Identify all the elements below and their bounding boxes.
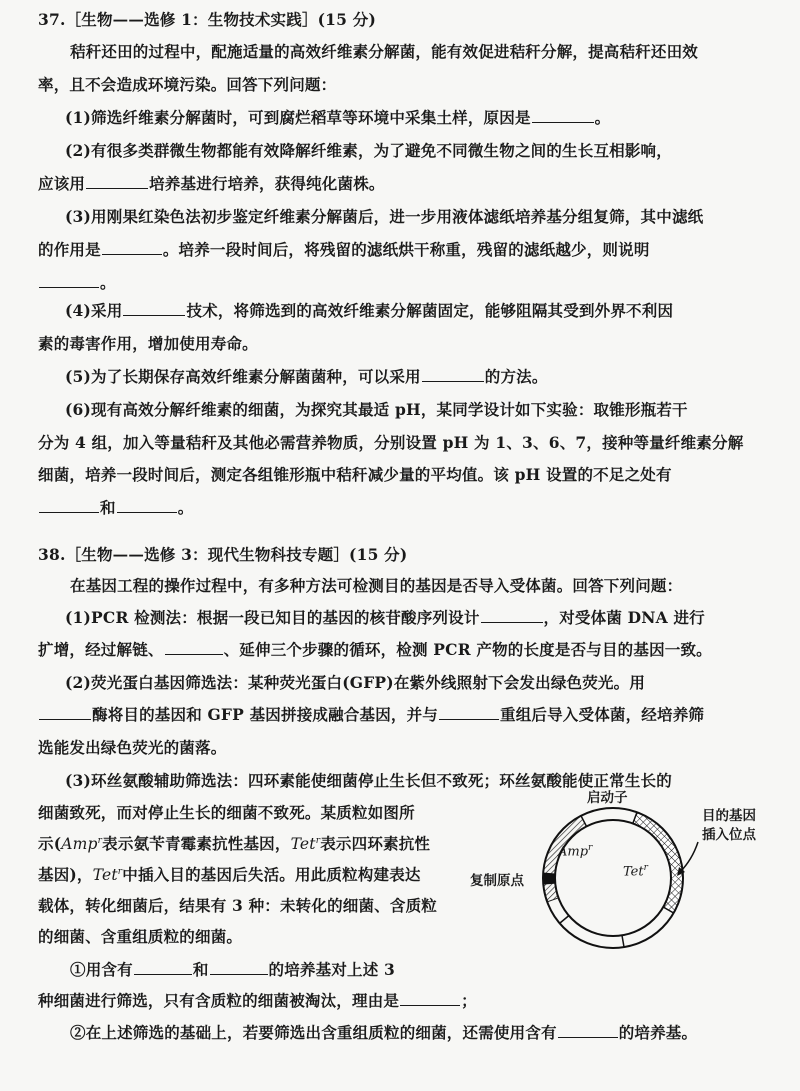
answer-blank[interactable] bbox=[165, 640, 223, 655]
q37-part1-end: 。 bbox=[595, 108, 611, 127]
answer-blank[interactable] bbox=[39, 498, 99, 513]
amp-text: Amp bbox=[558, 844, 588, 859]
text: 示( bbox=[38, 834, 61, 853]
q38-intro: 在基因工程的操作过程中，有多种方法可检测目的基因是否导入受体菌。回答下列问题： bbox=[70, 574, 682, 596]
answer-blank[interactable] bbox=[532, 108, 594, 123]
q38-part1-text-d: 、延伸三个步骤的循环，检测 PCR 产物的长度是否与目的基因一致。 bbox=[224, 640, 712, 659]
text: 表示氨苄青霉素抗性基因， bbox=[102, 834, 290, 853]
answer-blank[interactable] bbox=[439, 705, 499, 720]
q37-part2-line1: (2)有很多类群微生物都能有效降解纤维素，为了避免不同微生物之间的生长互相影响， bbox=[65, 139, 672, 161]
q38-part2-text-b: 重组后导入受体菌，经培养筛 bbox=[500, 705, 704, 724]
q38-part1-text-c: 扩增，经过解链、 bbox=[38, 640, 164, 659]
answer-blank[interactable] bbox=[39, 705, 91, 720]
q38-part3-line5: 载体，转化细菌后，结果有 3 种：未转化的细菌、含质粒 bbox=[38, 894, 437, 916]
q37-part5-text-b: 的方法。 bbox=[485, 367, 548, 386]
answer-blank[interactable] bbox=[400, 991, 460, 1006]
answer-blank[interactable] bbox=[422, 367, 484, 382]
answer-blank[interactable] bbox=[558, 1023, 618, 1038]
answer-blank[interactable] bbox=[102, 240, 162, 255]
q38-part1-line1: (1)PCR 检测法：根据一段已知目的基因的核苷酸序列设计，对受体菌 DNA 进… bbox=[65, 606, 705, 628]
q37-part3-end: 。 bbox=[100, 273, 116, 292]
q38-part2-text-a: 酶将目的基因和 GFP 基因拼接成融合基因，并与 bbox=[92, 705, 438, 724]
text: 基因)， bbox=[38, 865, 93, 884]
q37-part2-text-a: 应该用 bbox=[38, 174, 85, 193]
text: ①用含有 bbox=[70, 960, 133, 979]
tet-text: Tet bbox=[623, 864, 644, 879]
q38-sub1-line1: ①用含有和的培养基对上述 3 bbox=[70, 958, 395, 980]
tet-label: Tetr bbox=[623, 863, 648, 879]
answer-blank[interactable] bbox=[123, 301, 185, 316]
q37-part6-line3: 细菌，培养一段时间后，测定各组锥形瓶中秸秆减少量的平均值。该 pH 设置的不足之… bbox=[38, 463, 672, 485]
q37-part4-line1: (4)采用技术，将筛选到的高效纤维素分解菌固定，能够阻隔其受到外界不利因 bbox=[65, 299, 673, 321]
q37-part4-text-b: 技术，将筛选到的高效纤维素分解菌固定，能够阻隔其受到外界不利因 bbox=[186, 301, 673, 320]
q37-part5: (5)为了长期保存高效纤维素分解菌菌种，可以采用的方法。 bbox=[65, 365, 548, 387]
text: 的培养基对上述 3 bbox=[269, 960, 395, 979]
q38-header: 38.［生物——选修 3：现代生物科技专题］(15 分) bbox=[38, 543, 407, 565]
q37-part4-text-a: (4)采用 bbox=[65, 301, 122, 320]
q38-part2-line3: 选能发出绿色荧光的菌落。 bbox=[38, 736, 226, 758]
q37-header: 37.［生物——选修 1：生物技术实践］(15 分) bbox=[38, 8, 376, 30]
q38-part3-line2: 细菌致死，而对停止生长的细菌不致死。某质粒如图所 bbox=[38, 801, 415, 823]
q38-part3-line1: (3)环丝氨酸辅助筛选法：四环素能使细菌停止生长但不致死；环丝氨酸能使正常生长的 bbox=[65, 769, 672, 791]
q37-part3-line3: 。 bbox=[38, 271, 116, 293]
q37-part6-end: 。 bbox=[178, 498, 194, 517]
amp-label: Ampr bbox=[558, 843, 592, 859]
q37-part4-line2: 素的毒害作用，增加使用寿命。 bbox=[38, 332, 258, 354]
q37-part3-line1: (3)用刚果红染色法初步鉴定纤维素分解菌后，进一步用液体滤纸培养基分组复筛，其中… bbox=[65, 205, 703, 227]
insert-site-label-2: 插入位点 bbox=[702, 823, 756, 843]
answer-blank[interactable] bbox=[39, 273, 99, 288]
q38-part3-line3: 示(Ampr表示氨苄青霉素抗性基因，Tetr表示四环素抗性 bbox=[38, 832, 430, 854]
superscript: r bbox=[588, 843, 592, 853]
text: 和 bbox=[193, 960, 209, 979]
q38-part3-line6: 的细菌、含重组质粒的细菌。 bbox=[38, 925, 242, 947]
tet-gene-label: Tet bbox=[93, 866, 118, 884]
answer-blank[interactable] bbox=[481, 608, 543, 623]
q37-part3-text-b: 。培养一段时间后，将残留的滤纸烘干称重，残留的滤纸越少，则说明 bbox=[163, 240, 650, 259]
text: 的培养基。 bbox=[619, 1023, 698, 1042]
q37-part2-text-b: 培养基进行培养，获得纯化菌株。 bbox=[149, 174, 385, 193]
q37-part5-text-a: (5)为了长期保存高效纤维素分解菌菌种，可以采用 bbox=[65, 367, 421, 386]
q38-sub2: ②在上述筛选的基础上，若要筛选出含重组质粒的细菌，还需使用含有的培养基。 bbox=[70, 1021, 697, 1043]
answer-blank[interactable] bbox=[210, 960, 268, 975]
q37-part6-line1: (6)现有高效分解纤维素的细菌，为探究其最适 pH，某同学设计如下实验：取锥形瓶… bbox=[65, 398, 688, 420]
q37-part6-line2: 分为 4 组，加入等量秸秆及其他必需营养物质，分别设置 pH 为 1、3、6、7… bbox=[38, 431, 743, 453]
q38-part1-line2: 扩增，经过解链、、延伸三个步骤的循环，检测 PCR 产物的长度是否与目的基因一致… bbox=[38, 638, 712, 660]
q38-part1-text-b: ，对受体菌 DNA 进行 bbox=[544, 608, 705, 627]
tet-gene-label: Tet bbox=[291, 835, 316, 853]
q38-part2-line1: (2)荧光蛋白基因筛选法：某种荧光蛋白(GFP)在紫外线照射下会发出绿色荧光。用 bbox=[65, 671, 645, 693]
insert-site-label-1: 目的基因 bbox=[702, 804, 756, 824]
q37-part6-line4: 和。 bbox=[38, 496, 193, 518]
origin-label: 复制原点 bbox=[470, 869, 524, 889]
answer-blank[interactable] bbox=[86, 174, 148, 189]
q37-part3-line2: 的作用是。培养一段时间后，将残留的滤纸烘干称重，残留的滤纸越少，则说明 bbox=[38, 238, 650, 260]
q37-intro-line2: 率，且不会造成环境污染。回答下列问题： bbox=[38, 73, 336, 95]
text: 表示四环素抗性 bbox=[320, 834, 430, 853]
q37-part3-text-a: 的作用是 bbox=[38, 240, 101, 259]
q37-part1-text: (1)筛选纤维素分解菌时，可到腐烂稻草等环境中采集土样，原因是 bbox=[65, 108, 531, 127]
text: ②在上述筛选的基础上，若要筛选出含重组质粒的细菌，还需使用含有 bbox=[70, 1023, 557, 1042]
exam-page: 37.［生物——选修 1：生物技术实践］(15 分) 秸秆还田的过程中，配施适量… bbox=[0, 0, 800, 1091]
q38-part3-line4: 基因)，Tetr中插入目的基因后失活。用此质粒构建表达 bbox=[38, 863, 421, 885]
q38-sub1-line2: 种细菌进行筛选，只有含质粒的细菌被淘汰，理由是； bbox=[38, 989, 477, 1011]
text: ； bbox=[461, 991, 477, 1010]
answer-blank[interactable] bbox=[117, 498, 177, 513]
superscript: r bbox=[644, 863, 648, 873]
amp-gene-label: Amp bbox=[61, 835, 97, 853]
q37-part1: (1)筛选纤维素分解菌时，可到腐烂稻草等环境中采集土样，原因是。 bbox=[65, 106, 610, 128]
q37-intro-line1: 秸秆还田的过程中，配施适量的高效纤维素分解菌，能有效促进秸秆分解，提高秸秆还田效 bbox=[70, 40, 698, 62]
q38-part2-line2: 酶将目的基因和 GFP 基因拼接成融合基因，并与重组后导入受体菌，经培养筛 bbox=[38, 703, 704, 725]
promoter-label: 启动子 bbox=[587, 786, 628, 806]
q37-part2-line2: 应该用培养基进行培养，获得纯化菌株。 bbox=[38, 172, 385, 194]
q38-part1-text-a: (1)PCR 检测法：根据一段已知目的基因的核苷酸序列设计 bbox=[65, 608, 480, 627]
text: 种细菌进行筛选，只有含质粒的细菌被淘汰，理由是 bbox=[38, 991, 399, 1010]
plasmid-diagram: 启动子 目的基因 插入位点 复制原点 Ampr Tetr bbox=[470, 790, 800, 990]
q37-part6-and: 和 bbox=[100, 498, 116, 517]
answer-blank[interactable] bbox=[134, 960, 192, 975]
text: 中插入目的基因后失活。用此质粒构建表达 bbox=[122, 865, 420, 884]
